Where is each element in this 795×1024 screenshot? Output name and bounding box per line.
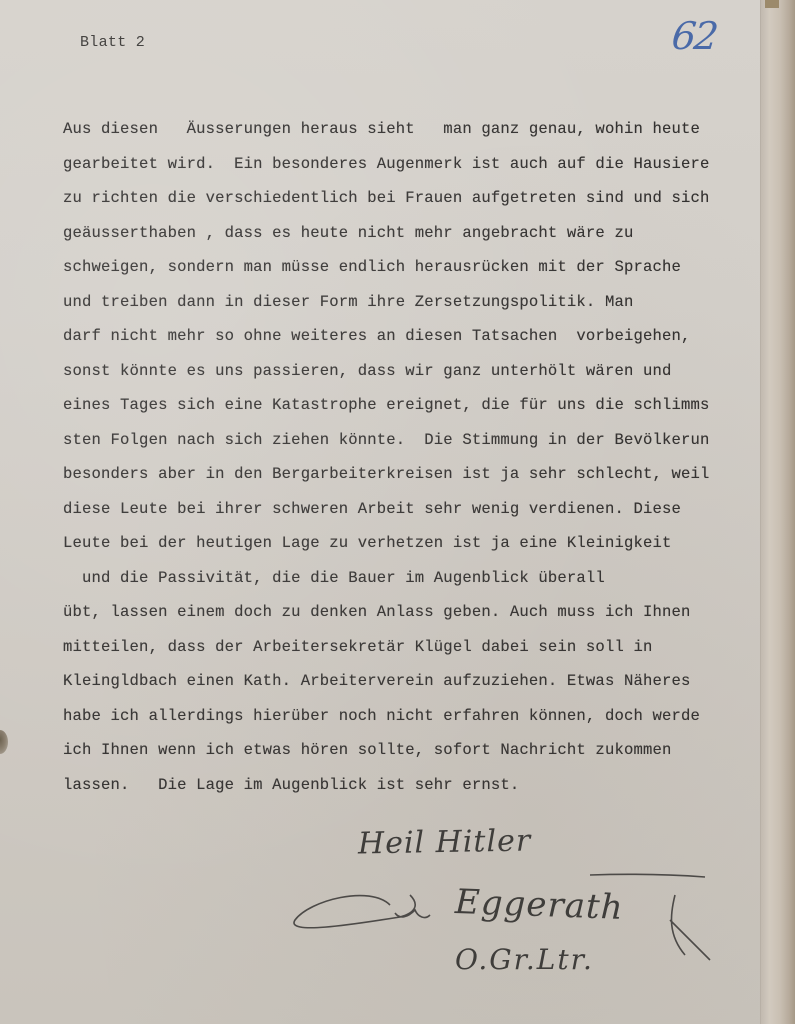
- handwritten-signature-block: Heil Hitler Eggerath O.Gr.Ltr.: [290, 825, 730, 1005]
- text-line: Kleingldbach einen Kath. Arbeiterverein …: [63, 664, 763, 699]
- text-line: besonders aber in den Bergarbeiterkreise…: [63, 457, 763, 492]
- text-line: und treiben dann in dieser Form ihre Zer…: [63, 285, 763, 320]
- text-line: geäusserthaben , dass es heute nicht meh…: [63, 216, 763, 251]
- text-line: ich Ihnen wenn ich etwas hören sollte, s…: [63, 733, 763, 768]
- binding-edge: [760, 0, 795, 1024]
- punch-hole: [0, 730, 8, 754]
- text-line: schweigen, sondern man müsse endlich her…: [63, 250, 763, 285]
- text-line: sten Folgen nach sich ziehen könnte. Die…: [63, 423, 763, 458]
- text-line: lassen. Die Lage im Augenblick ist sehr …: [63, 768, 763, 803]
- document-page: Blatt 2 62 Aus diesen Äusserungen heraus…: [0, 0, 760, 1024]
- text-line: gearbeitet wird. Ein besonderes Augenmer…: [63, 147, 763, 182]
- text-line: darf nicht mehr so ohne weiteres an dies…: [63, 319, 763, 354]
- text-line: diese Leute bei ihrer schweren Arbeit se…: [63, 492, 763, 527]
- signature-greeting: Heil Hitler: [358, 823, 532, 861]
- text-line: Leute bei der heutigen Lage zu verhetzen…: [63, 526, 763, 561]
- text-line: und die Passivität, die die Bauer im Aug…: [63, 561, 763, 596]
- text-line: Aus diesen Äusserungen heraus sieht man …: [63, 112, 763, 147]
- handwritten-page-number: 62: [670, 14, 719, 58]
- text-line: sonst könnte es uns passieren, dass wir …: [63, 354, 763, 389]
- binding-tab: [765, 0, 779, 8]
- text-line: eines Tages sich eine Katastrophe ereign…: [63, 388, 763, 423]
- text-line: übt, lassen einem doch zu denken Anlass …: [63, 595, 763, 630]
- text-line: zu richten die verschiedentlich bei Frau…: [63, 181, 763, 216]
- signature-title: O.Gr.Ltr.: [455, 943, 594, 976]
- signature-name: Eggerath: [454, 882, 624, 928]
- text-line: mitteilen, dass der Arbeitersekretär Klü…: [63, 630, 763, 665]
- sheet-label: Blatt 2: [80, 34, 145, 51]
- typewritten-body: Aus diesen Äusserungen heraus sieht man …: [63, 112, 763, 802]
- text-line: habe ich allerdings hierüber noch nicht …: [63, 699, 763, 734]
